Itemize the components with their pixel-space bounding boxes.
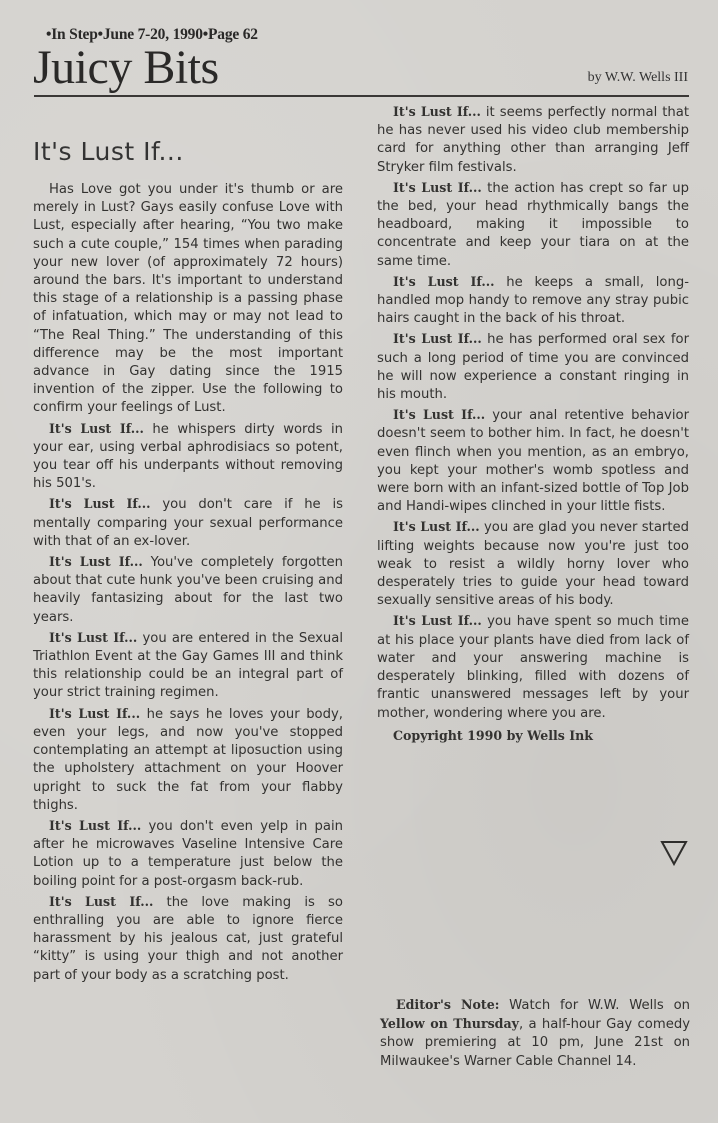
article-headline: It's Lust If... [33,135,343,169]
editor-note-label: Editor's Note: [396,997,499,1012]
item-lead: It's Lust If... [393,180,482,195]
list-item: It's Lust If... he whispers dirty words … [33,420,343,494]
editor-note: Editor's Note: Watch for W.W. Wells on Y… [380,996,690,1071]
article-column-left: It's Lust If... Has Love got you under i… [33,135,343,987]
article-column-right: It's Lust If... it seems perfectly norma… [377,103,689,745]
list-item: It's Lust If... you are glad you never s… [377,518,689,610]
show-title: Yellow on Thursday [380,1016,519,1031]
item-lead: It's Lust If... [49,706,140,721]
header-rule [34,95,689,97]
item-lead: It's Lust If... [393,104,481,119]
list-item: It's Lust If... You've completely forgot… [33,553,343,627]
list-item: It's Lust If... your anal retentive beha… [377,406,689,516]
list-item: It's Lust If... the action has crept so … [377,179,689,271]
item-lead: It's Lust If... [393,331,482,346]
item-lead: It's Lust If... [49,818,141,833]
list-item: It's Lust If... you are entered in the S… [33,629,343,703]
item-text: he says he loves your body, even your le… [33,707,343,813]
item-lead: It's Lust If... [393,519,480,534]
item-lead: It's Lust If... [49,630,137,645]
list-item: It's Lust If... he says he loves your bo… [33,705,343,815]
item-lead: It's Lust If... [49,421,144,436]
editor-note-text: Watch for W.W. Wells on [499,998,690,1013]
item-lead: It's Lust If... [49,496,151,511]
list-item: It's Lust If... you have spent so much t… [377,612,689,722]
item-lead: It's Lust If... [49,894,153,909]
item-lead: It's Lust If... [393,407,485,422]
list-item: It's Lust If... you don't care if he is … [33,495,343,551]
list-item: It's Lust If... you don't even yelp in p… [33,817,343,891]
list-item: It's Lust If... he has performed oral se… [377,330,689,404]
column-title: Juicy Bits [33,40,219,96]
list-item: It's Lust If... the love making is so en… [33,893,343,985]
item-lead: It's Lust If... [393,274,494,289]
copyright-notice: Copyright 1990 by Wells Ink [377,727,689,745]
item-text: your anal retentive behavior doesn't see… [377,408,689,514]
list-item: It's Lust If... he keeps a small, long-h… [377,273,689,329]
item-lead: It's Lust If... [49,554,143,569]
list-item: It's Lust If... it seems perfectly norma… [377,103,689,177]
byline: by W.W. Wells III [588,70,688,86]
intro-paragraph: Has Love got you under it's thumb or are… [33,181,343,418]
item-text: you have spent so much time at his place… [377,614,689,720]
item-lead: It's Lust If... [393,613,482,628]
